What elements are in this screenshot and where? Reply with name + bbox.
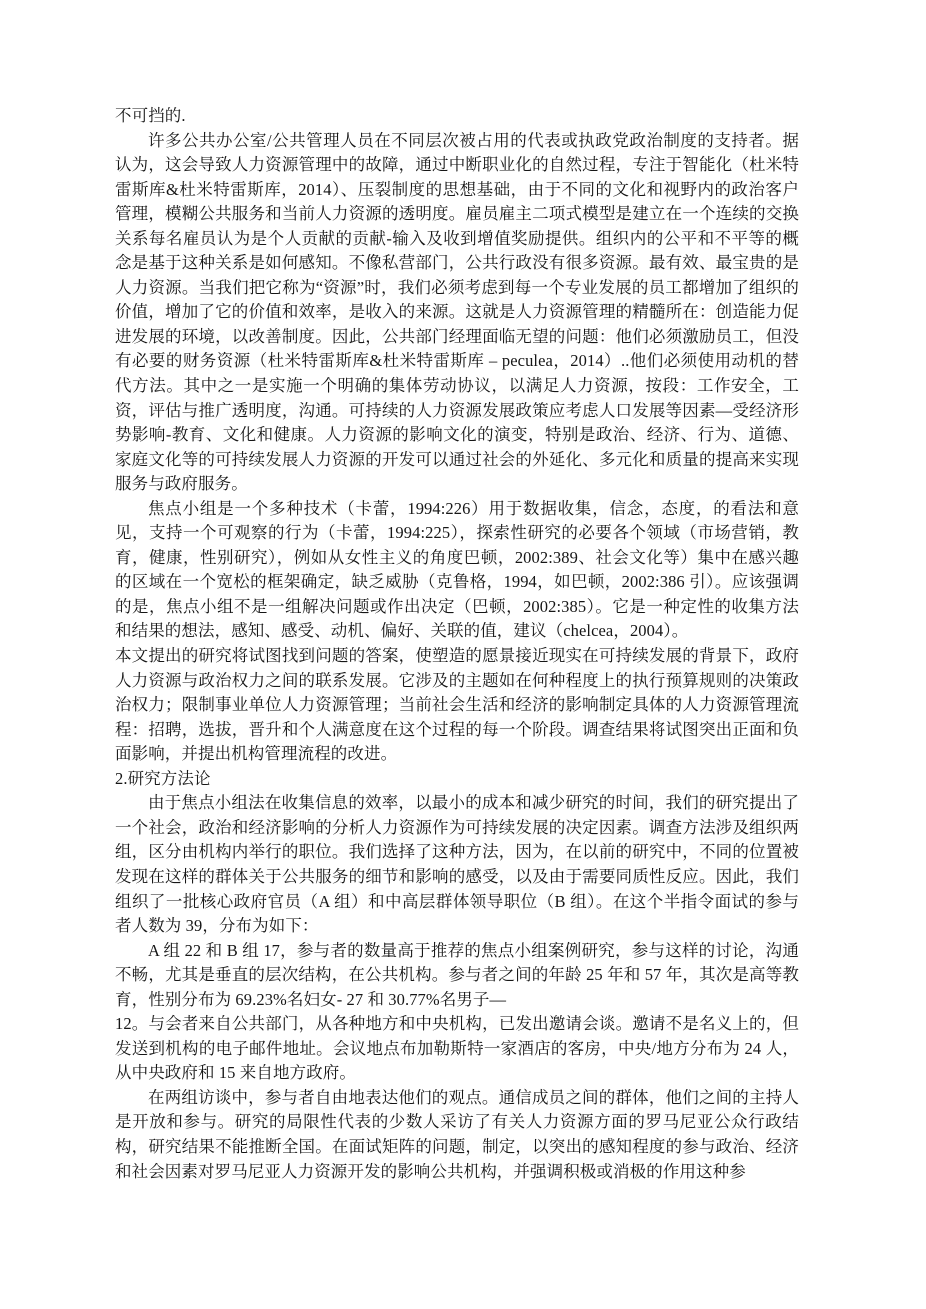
- paragraph-interview-limitations: 在两组访谈中，参与者自由地表达他们的观点。通信成员之间的群体，他们之间的主持人是…: [115, 1086, 799, 1184]
- paragraph-focus-group-technique: 焦点小组是一个多种技术（卡蕾，1994:226）用于数据收集，信念，态度，的看法…: [115, 497, 799, 644]
- paragraph-methodology-overview: 由于焦点小组法在收集信息的效率，以最小的成本和减少研究的时间，我们的研究提出了一…: [115, 791, 799, 938]
- paragraph-research-aims: 本文提出的研究将试图找到问题的答案，使塑造的愿景接近现实在可持续发展的背景下，政…: [115, 644, 799, 767]
- paragraph-public-office-hr: 许多公共办公室/公共管理人员在不同层次被占用的代表或执政党政治制度的支持者。据认…: [115, 129, 799, 497]
- document-page: { "page": { "background_color": "#ffffff…: [0, 0, 926, 1309]
- paragraph-participants-invitations: 12。与会者来自公共部门，从各种地方和中央机构，已发出邀请会谈。邀请不是名义上的…: [115, 1012, 799, 1086]
- page-text-block: 不可挡的. 许多公共办公室/公共管理人员在不同层次被占用的代表或执政党政治制度的…: [115, 104, 799, 1184]
- page-background: 不可挡的. 许多公共办公室/公共管理人员在不同层次被占用的代表或执政党政治制度的…: [0, 0, 926, 1309]
- section-heading-methodology: 2.研究方法论: [115, 767, 799, 792]
- paragraph-group-a-b-participants: A 组 22 和 B 组 17，参与者的数量高于推荐的焦点小组案例研究，参与这样…: [115, 939, 799, 1013]
- paragraph-continuation-from-previous-page: 不可挡的.: [115, 104, 799, 129]
